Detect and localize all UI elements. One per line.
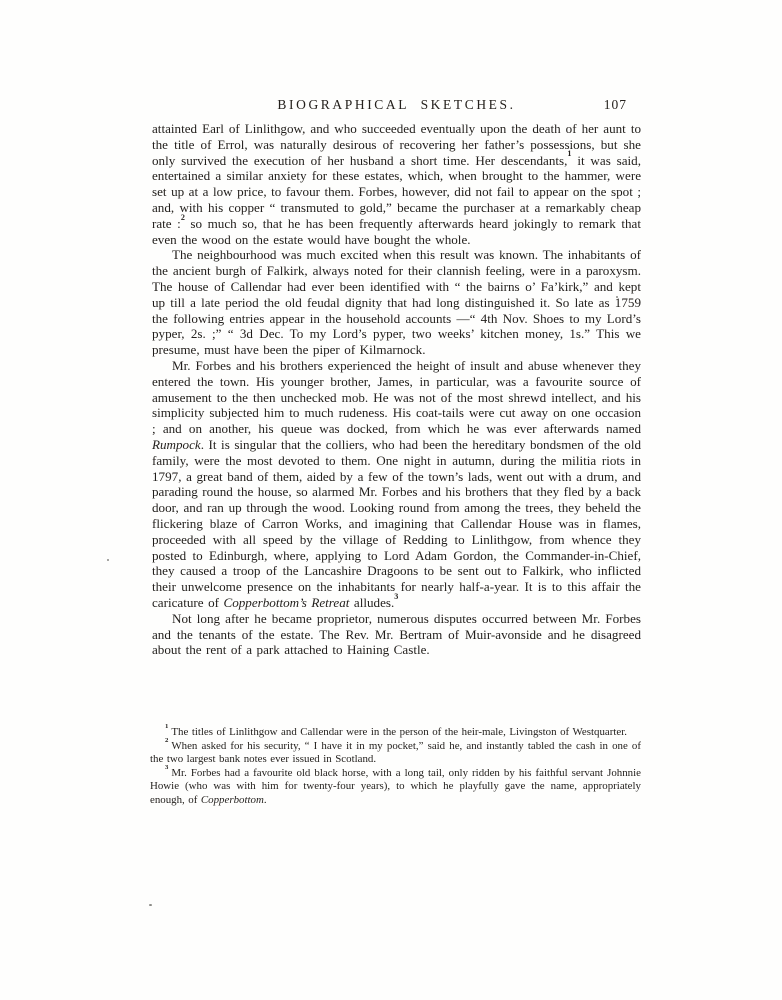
footnote-marker: 3: [165, 764, 168, 771]
footnote: 2When asked for his security, “ I have i…: [150, 740, 641, 767]
text-run: . It is singular that the colliers, who …: [152, 437, 641, 610]
footnote-ref: 1: [567, 149, 571, 158]
page-header-title: BIOGRAPHICAL SKETCHES.: [152, 97, 641, 113]
footnote-marker: 1: [165, 723, 168, 730]
italic-text-run: Copperbottom: [201, 794, 264, 806]
paragraph: attainted Earl of Linlithgow, and who su…: [152, 121, 641, 247]
page-number: 107: [604, 97, 627, 113]
text-run: Mr. Forbes and his brothers experienced …: [152, 358, 641, 436]
text-run: Not long after he became proprietor, num…: [152, 611, 641, 658]
paragraph: Not long after he became proprietor, num…: [152, 611, 641, 658]
text-run: alludes.: [349, 595, 394, 610]
paragraph: The neighbourhood was much excited when …: [152, 247, 641, 358]
text-run: so much so, that he has been frequently …: [152, 216, 641, 247]
footnote-ref: 2: [181, 213, 185, 222]
footnote-ref: 3: [394, 592, 398, 601]
scan-speck: [107, 559, 109, 561]
running-head: BIOGRAPHICAL SKETCHES. 107: [152, 97, 641, 115]
book-page: BIOGRAPHICAL SKETCHES. 107 attainted Ear…: [0, 0, 782, 1000]
text-run: attainted Earl of Linlithgow, and who su…: [152, 121, 641, 168]
text-run: When asked for his security, “ I have it…: [150, 740, 641, 766]
italic-text-run: Rumpock: [152, 437, 201, 452]
body-paragraphs: attainted Earl of Linlithgow, and who su…: [152, 121, 641, 658]
paragraph: Mr. Forbes and his brothers experienced …: [152, 358, 641, 611]
scan-speck: [616, 296, 618, 298]
text-run: .: [264, 794, 267, 806]
italic-text-run: Copperbottom’s Retreat: [223, 595, 349, 610]
text-run: The neighbourhood was much excited when …: [152, 247, 641, 357]
footnote: 1The titles of Linlithgow and Callendar …: [150, 726, 641, 740]
footnote-marker: 2: [165, 737, 168, 744]
footnote: 3Mr. Forbes had a favourite old black ho…: [150, 767, 641, 808]
footnotes: 1The titles of Linlithgow and Callendar …: [150, 726, 641, 808]
scan-speck: [149, 904, 152, 906]
text-run: The titles of Linlithgow and Callendar w…: [171, 726, 627, 738]
